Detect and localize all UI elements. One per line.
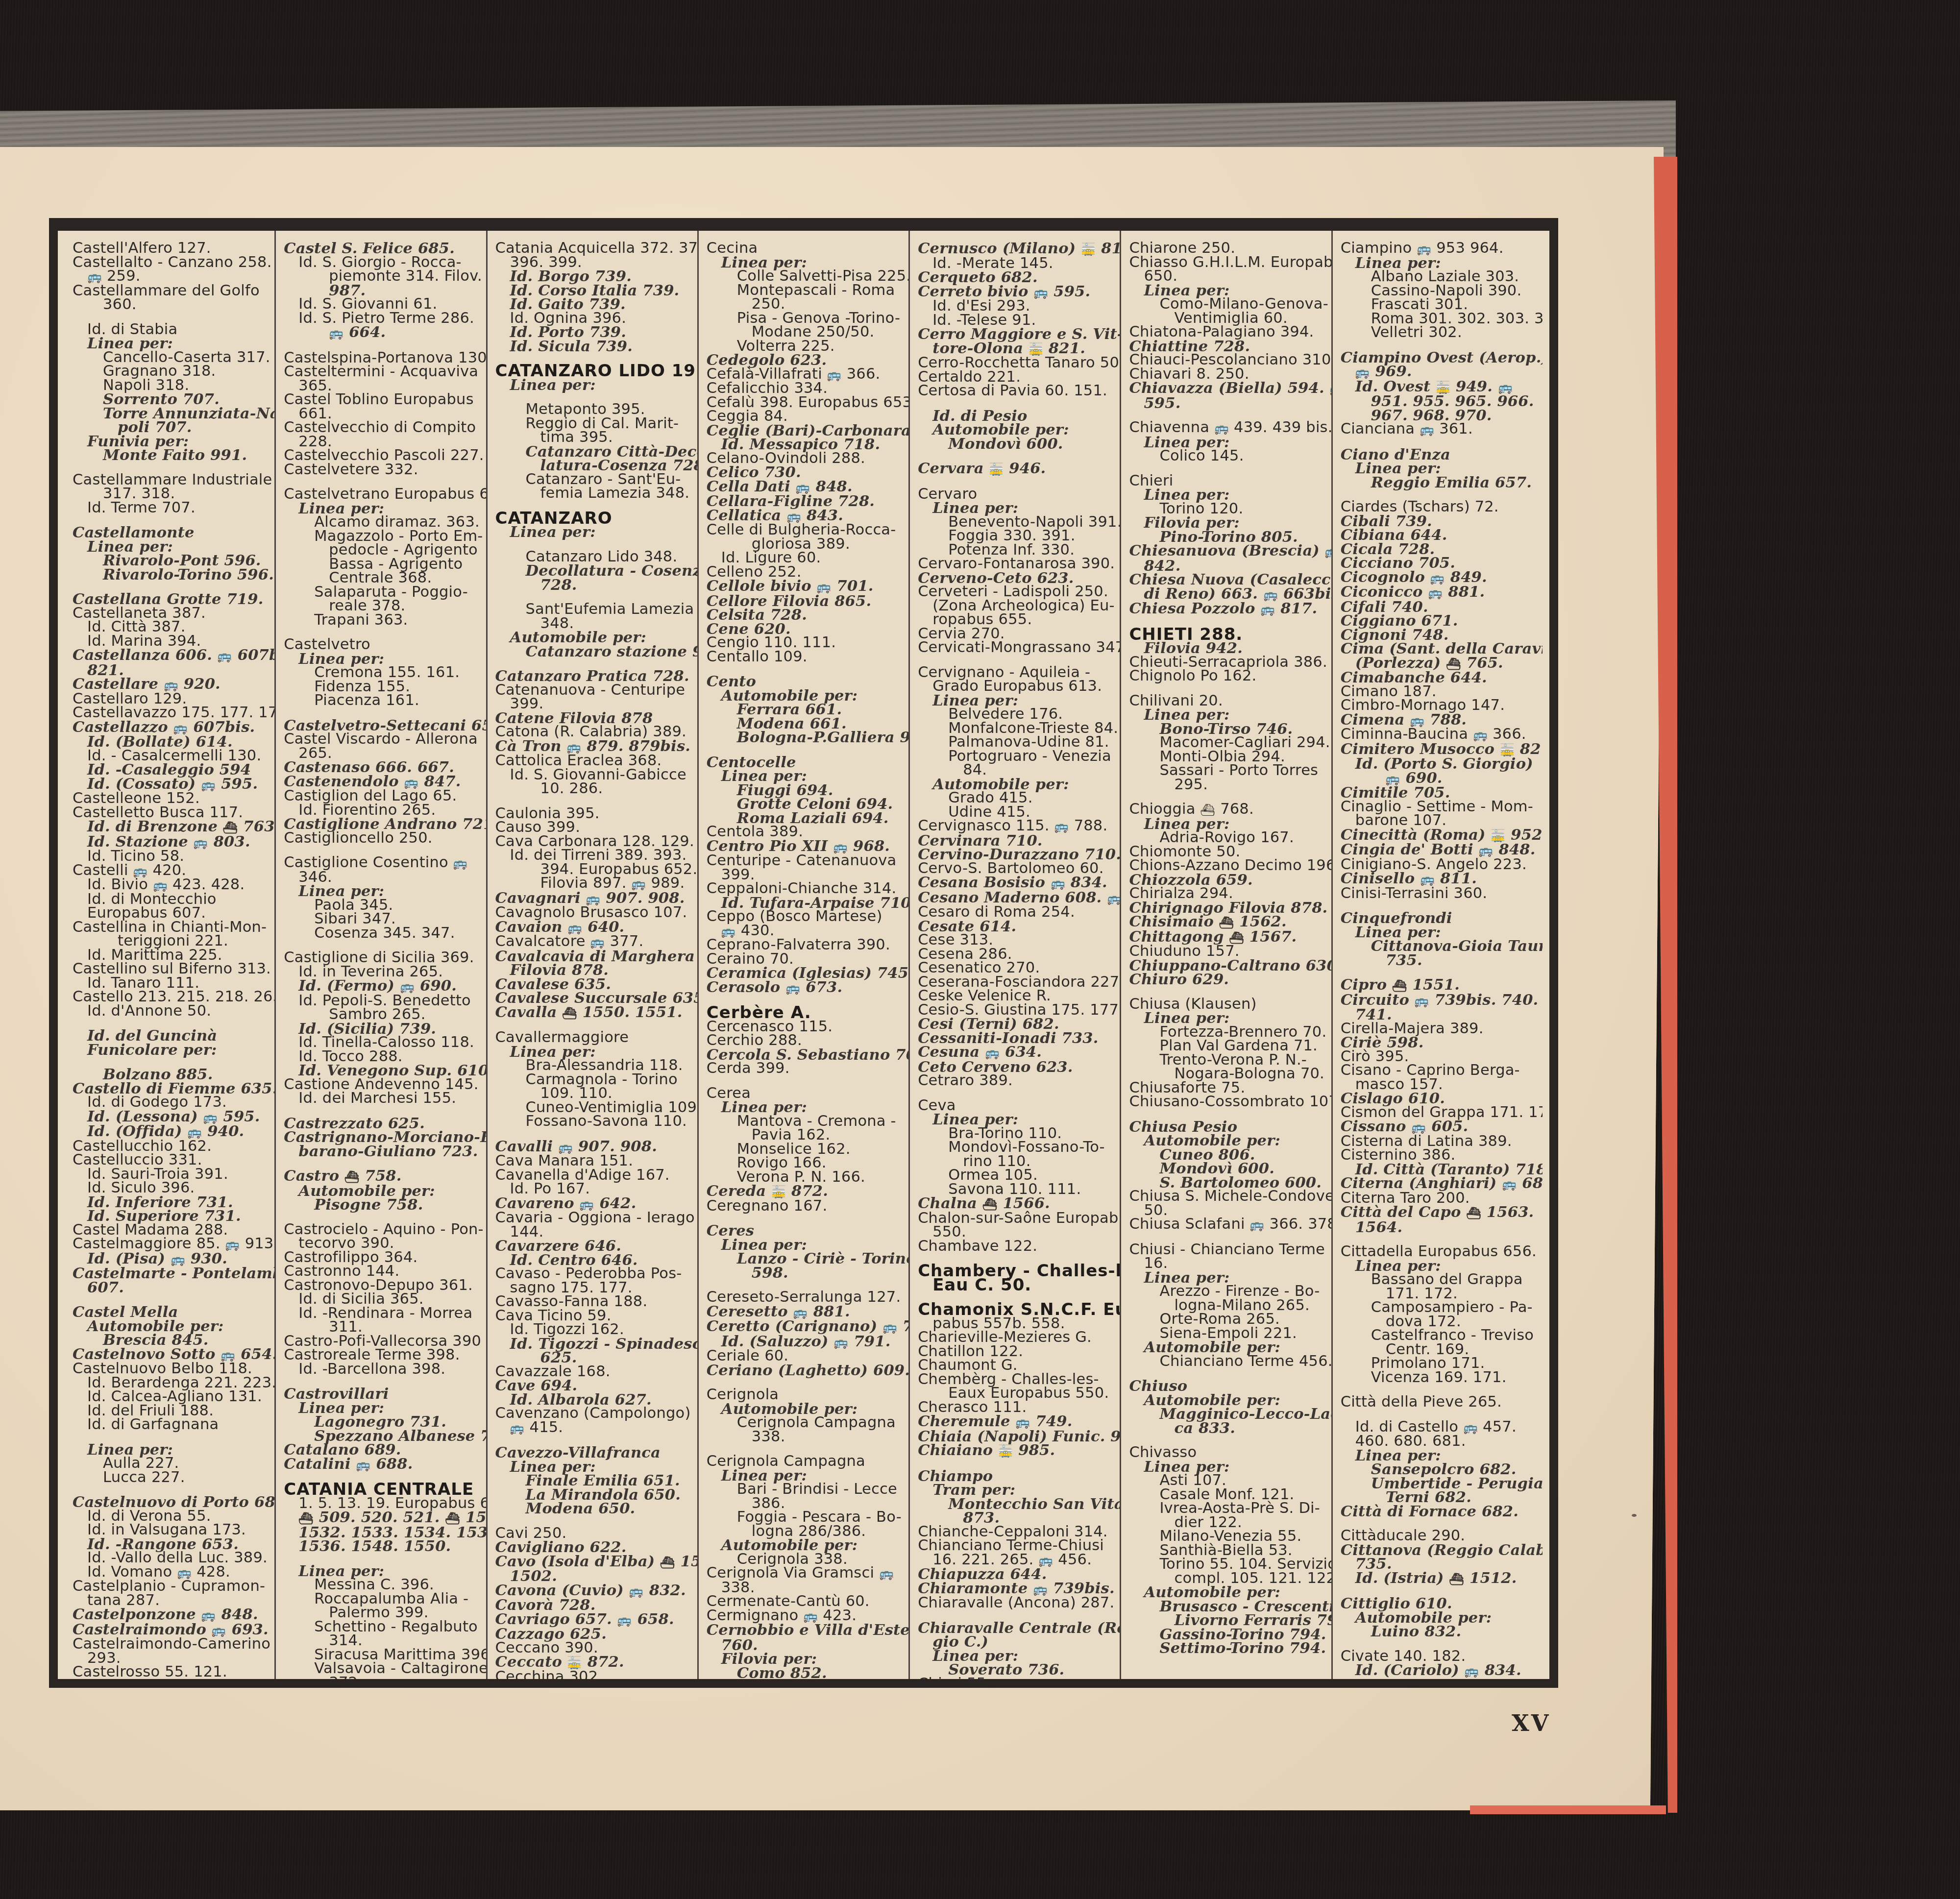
index-entry: Chambave 122.: [918, 1240, 1113, 1254]
index-entry: Cernusco (Milano) 🚋 812.: [918, 242, 1113, 257]
index-entry: Chisimaio ⛴ 1562.: [1129, 915, 1324, 930]
bus-icon: 🚌: [1449, 1679, 1464, 1680]
index-entry: Castiglioncello 250.: [284, 831, 479, 846]
bus-icon: 🚌: [785, 981, 800, 995]
index-entry: Id. Sicula 739.: [495, 340, 690, 354]
index-entry: Montepascali - Roma: [707, 284, 902, 298]
index-entry: Sant'Eufemia Lamezia: [495, 603, 690, 617]
index-entry: Ciconicco 🚌 881.: [1341, 585, 1536, 600]
index-entry: 735.: [1341, 953, 1536, 968]
bus-icon: 🚌: [1428, 585, 1443, 600]
index-entry: Colico 145.: [1129, 449, 1324, 463]
tram-icon: 🚋: [567, 1656, 582, 1670]
bus-icon: 🚌: [453, 856, 468, 870]
bus-icon: 🚌: [817, 580, 832, 594]
index-entry: Castro ⛴ 758.: [284, 1169, 479, 1184]
index-entry: Cetraro 389.: [918, 1074, 1113, 1088]
index-entry: Decollatura - Cosenza: [495, 564, 690, 578]
index-entry: Id. di Garfagnana: [73, 1418, 268, 1432]
index-entry: Cervara 🚋 946.: [918, 462, 1113, 477]
index-entry: femia Lamezia 348.: [495, 487, 690, 501]
index-entry: Settimo-Torino 794.: [1129, 1641, 1324, 1656]
index-entry: Chiesa Pozzolo 🚌 817.: [1129, 602, 1324, 617]
index-entry: Chiaravalle (Ancona) 287.: [918, 1596, 1113, 1610]
bus-icon: 🚌: [1415, 994, 1429, 1008]
index-entry: Cellole bivio 🚌 701.: [707, 579, 902, 594]
index-entry: Lanzo - Ciriè - Torino: [707, 1252, 902, 1266]
bus-icon: 🚌: [632, 877, 646, 891]
bus-icon: 🚌: [1420, 423, 1434, 437]
index-entry: Catalini 🚌 688.: [284, 1457, 479, 1472]
index-entry: Piacenza 161.: [284, 694, 479, 708]
index-entry: 10. 286.: [495, 782, 690, 796]
index-entry: 338.: [707, 1430, 902, 1444]
index-columns: Castell'Alfero 127.Castellalto - Canzano…: [65, 231, 1543, 1679]
boat-icon: ⛴: [562, 1006, 577, 1020]
index-entry: Id. Tigozzi - Spinadesco: [495, 1337, 690, 1351]
index-entry: Vicenza 169. 171.: [1341, 1371, 1536, 1385]
index-entry: 360.: [73, 298, 268, 312]
index-entry: 🚌 969.: [1341, 365, 1536, 380]
index-entry: ca 833.: [1129, 1421, 1324, 1436]
index-entry: Citerna (Anghiari) 🚌 680.: [1341, 1176, 1536, 1192]
page-number: XV: [1512, 1710, 1550, 1736]
index-entry: Castellammare del Golfo: [73, 284, 268, 298]
bus-icon: 🚌: [1214, 421, 1229, 435]
index-entry: Id. (Fermo) 🚌 690.: [284, 979, 479, 994]
index-entry: Cinisi-Terrasini 360.: [1341, 887, 1536, 901]
bus-icon: 🚌: [1016, 1415, 1030, 1429]
index-entry: 1536. 1548. 1550.: [284, 1539, 479, 1554]
index-entry: Fossano-Savona 110.: [495, 1115, 690, 1129]
index-column-3: Catania Acquicella 372. 374.396. 399.Id.…: [488, 231, 699, 1679]
index-entry: Cinisello 🚌 811.: [1341, 872, 1536, 887]
index-entry: Ceretto (Carignano) 🚌 788.: [707, 1319, 902, 1335]
index-entry: Funicolare per:: [73, 1043, 268, 1057]
index-entry: Como 852.: [707, 1666, 902, 1680]
index-entry: Id. (Cariolo) 🚌 834.: [1341, 1663, 1536, 1679]
boat-icon: ⛴: [1449, 1572, 1465, 1586]
index-entry: Cerignola Campagna: [707, 1416, 902, 1430]
index-entry: Sassari - Porto Torres: [1129, 764, 1324, 778]
boat-icon: ⛴: [660, 1555, 675, 1569]
bus-icon: 🚌: [1417, 242, 1431, 256]
index-entry: Castellare 🚌 920.: [73, 677, 268, 692]
bus-icon: 🚌: [985, 1046, 1000, 1060]
index-entry: Cesuna 🚌 634.: [918, 1045, 1113, 1060]
boat-icon: ⛴: [298, 1511, 314, 1525]
index-entry: Chiusa Sclafani 🚌 366. 378.: [1129, 1217, 1324, 1232]
bus-icon: 🚌: [1033, 285, 1048, 299]
index-entry: Cittanova-Gioia Tauro: [1341, 939, 1536, 953]
index-entry: Città di Fornace 682.: [1341, 1505, 1536, 1519]
index-entry: Reggio Emilia 657.: [1341, 476, 1536, 490]
index-entry: Cianciana 🚌 361.: [1341, 422, 1536, 437]
index-column-5: Cernusco (Milano) 🚋 812.Id. -Merate 145.…: [910, 231, 1121, 1679]
index-column-4: CecinaLinea per:Colle Salvetti-Pisa 225.…: [699, 231, 910, 1679]
boat-icon: ⛴: [1219, 915, 1234, 929]
index-entry: Schettino - Regalbuto: [284, 1620, 479, 1634]
index-entry: Ceregnano 167.: [707, 1199, 902, 1214]
bus-icon: 🚌: [1355, 365, 1370, 379]
index-entry: barano-Giuliano 723.: [284, 1144, 479, 1159]
index-entry: Cernobbio e Villa d'Este ⛴: [707, 1623, 902, 1638]
index-entry: Ceriano (Laghetto) 609.: [707, 1363, 902, 1378]
bus-icon: 🚌: [329, 326, 343, 340]
bus-icon: 🚌: [356, 1458, 371, 1472]
boat-icon: ⛴: [1200, 803, 1216, 817]
bus-icon: 🚌: [1250, 1218, 1265, 1232]
index-entry: 607.: [73, 1281, 268, 1295]
index-entry: Cerasolo 🚌 673.: [707, 980, 902, 996]
index-entry: Id. d'Annone 50.: [73, 1004, 268, 1019]
bus-icon: 🚌: [510, 1421, 525, 1435]
bus-icon: 🚌: [617, 1613, 632, 1627]
index-entry: Portogruaro - Venezia: [918, 750, 1113, 764]
index-entry: Id. -Barcellona 398.: [284, 1363, 479, 1377]
index-entry: Castelrosso 55. 121.: [73, 1665, 268, 1679]
bus-icon: 🚌: [629, 1584, 644, 1598]
bus-icon: 🚌: [1473, 728, 1488, 742]
index-entry: Castelponzone 🚌 848.: [73, 1607, 268, 1623]
index-entry: Bari - Brindisi - Lecce: [707, 1483, 902, 1497]
index-entry: Valsavoia - Caltagirone: [284, 1662, 479, 1676]
index-entry: Id. -Rendinara - Morrea: [284, 1307, 479, 1321]
index-column-6: Chiarone 250.Chiasso G.H.I.L.M. Europabu…: [1121, 231, 1332, 1679]
bus-icon: 🚌: [1411, 1120, 1426, 1134]
index-entry: Cissano 🚌 605.: [1341, 1120, 1536, 1135]
index-entry: Trapani 363.: [284, 613, 479, 628]
index-entry: Id. (Isella) 🚌 834.: [1341, 1679, 1536, 1680]
index-entry: Chiuro 629.: [1129, 973, 1324, 987]
tram-icon: 🚋: [998, 1444, 1013, 1458]
index-entry: Luino 832.: [1341, 1625, 1536, 1639]
index-entry: Pisogne 758.: [284, 1198, 479, 1212]
index-entry: ⛴ 509. 520. 521. ⛴ 1531.: [284, 1510, 479, 1526]
index-entry: Chiaiano 🚋 985.: [918, 1443, 1113, 1459]
index-entry: Rivarolo-Torino 596.: [73, 568, 268, 582]
index-entry: Id. (Istria) ⛴ 1512.: [1341, 1571, 1536, 1586]
bus-icon: 🚌: [879, 1567, 894, 1581]
bus-icon: 🚌: [834, 1335, 849, 1349]
index-entry: Chignolo Po 162.: [1129, 669, 1324, 683]
index-entry: Id. dei Marchesi 155.: [284, 1092, 479, 1106]
index-entry: Modena 650.: [495, 1502, 690, 1516]
index-entry: Lucca 227.: [73, 1471, 268, 1485]
bus-icon: 🚌: [187, 1125, 202, 1139]
index-entry: Velletri 302.: [1341, 326, 1536, 340]
index-entry: Castellanza 606. 🚌 607bis: [73, 648, 268, 663]
bus-icon: 🚌: [194, 835, 208, 850]
index-entry: Città del Capo ⛴ 1563.: [1341, 1205, 1536, 1220]
bus-icon: 🚌: [218, 649, 232, 663]
index-entry: piemonte 314. Filov.: [284, 269, 479, 284]
tram-icon: 🚋: [1081, 242, 1096, 256]
bus-icon: 🚌: [590, 935, 605, 949]
index-entry: Certosa di Pavia 60. 151.: [918, 384, 1113, 398]
bus-icon: 🚌: [882, 1320, 897, 1334]
index-entry: Id. di Brenzone ⛴ 763.: [73, 820, 268, 835]
index-entry: 🚌 664.: [284, 325, 479, 341]
index-entry: Cheremule 🚌 749.: [918, 1414, 1113, 1430]
bus-icon: 🚌: [153, 878, 168, 892]
index-entry: Cosenza 345. 347.: [284, 926, 479, 941]
boat-icon: ⛴: [1392, 978, 1407, 993]
index-column-1: Castell'Alfero 127.Castellalto - Canzano…: [65, 231, 276, 1679]
index-entry: 598.: [707, 1266, 902, 1280]
tram-icon: 🚋: [771, 1185, 786, 1199]
index-entry: 🚌 415.: [495, 1421, 690, 1436]
index-entry: Montecchio San Vitale: [918, 1497, 1113, 1511]
bus-icon: 🚌: [87, 270, 102, 284]
index-entry: Cerda 399.: [707, 1062, 902, 1076]
index-entry: Cavalla ⛴ 1550. 1551.: [495, 1005, 690, 1021]
bus-icon: 🚌: [201, 778, 216, 792]
index-entry: Cereda 🚋 872.: [707, 1184, 902, 1199]
index-entry: Id. Terme 707.: [73, 501, 268, 515]
bus-icon: 🚌: [1479, 843, 1494, 857]
index-frame: Castell'Alfero 127.Castellalto - Canzano…: [49, 218, 1558, 1688]
boat-icon: ⛴: [223, 820, 238, 834]
index-entry: Cervicati-Mongrassano 347.: [918, 641, 1113, 655]
index-entry: Linea per:: [495, 525, 690, 539]
index-entry: 595.: [1129, 396, 1324, 411]
index-entry: Chalna ⛴ 1566.: [918, 1196, 1113, 1212]
index-entry: Cingia de' Botti 🚌 848.: [1341, 843, 1536, 858]
index-entry: Chiusano-Cossombrato 107.: [1129, 1095, 1324, 1109]
boat-icon: ⛴: [1466, 1206, 1481, 1220]
index-entry: 728.: [495, 578, 690, 592]
boat-icon: ⛴: [445, 1511, 460, 1525]
index-entry: 1564.: [1341, 1220, 1536, 1235]
index-entry: Castelvetere 332.: [284, 463, 479, 477]
bus-icon: 🚌: [164, 678, 178, 692]
bus-icon: 🚌: [1325, 544, 1333, 559]
index-entry: Bologna-P.Galliera 913: [707, 730, 902, 745]
bus-icon: 🚌: [1054, 820, 1069, 833]
tram-icon: 🚋: [989, 462, 1004, 476]
index-entry: Chiavazza (Biella) 594. 🚌: [1129, 381, 1324, 396]
index-entry: Monte Faito 991.: [73, 448, 268, 463]
bus-icon: 🚌: [1051, 876, 1065, 890]
index-entry: Chianciano Terme 456.: [1129, 1355, 1324, 1369]
red-page-edge-bottom: [1470, 1805, 1666, 1814]
index-entry: Cecchina 302.: [495, 1670, 690, 1680]
bus-icon: 🚌: [1260, 602, 1275, 616]
boat-icon: ⛴: [344, 1169, 360, 1184]
index-entry: Cipro ⛴ 1551.: [1341, 978, 1536, 993]
index-entry: Linea per:: [1129, 1460, 1324, 1474]
index-entry: Id. (Offida) 🚌 940.: [73, 1124, 268, 1140]
bus-icon: 🚌: [400, 979, 415, 994]
bus-icon: 🚌: [201, 1608, 216, 1622]
index-entry: Centallo 109.: [707, 650, 902, 664]
bus-icon: 🚌: [225, 1238, 240, 1251]
bus-icon: 🚌: [1107, 891, 1121, 905]
index-entry: Mondovì 600.: [918, 437, 1113, 451]
boat-icon: ⛴: [982, 1197, 998, 1211]
bus-icon: 🚌: [1420, 872, 1435, 886]
index-column-2: Castel S. Felice 685.Id. S. Giorgio - Ro…: [276, 231, 487, 1679]
bus-icon: 🚌: [1465, 1664, 1479, 1678]
bus-icon: 🚌: [1502, 1177, 1517, 1191]
index-entry: Catanzaro stazione 997.: [495, 645, 690, 659]
index-column-7: Ciampino 🚌 953 964.Linea per:Albano Lazi…: [1333, 231, 1543, 1679]
index-entry: Città della Pieve 265.: [1341, 1395, 1536, 1410]
index-entry: Cesana Bosisio 🚌 834.: [918, 876, 1113, 891]
index-entry: 295.: [1129, 778, 1324, 792]
index-entry: Chiesanuova (Brescia) 🚌: [1129, 544, 1324, 559]
bus-icon: 🚌: [827, 368, 842, 382]
index-entry: Ceccato 🚋 872.: [495, 1655, 690, 1670]
paper-speck: [1632, 1514, 1637, 1517]
